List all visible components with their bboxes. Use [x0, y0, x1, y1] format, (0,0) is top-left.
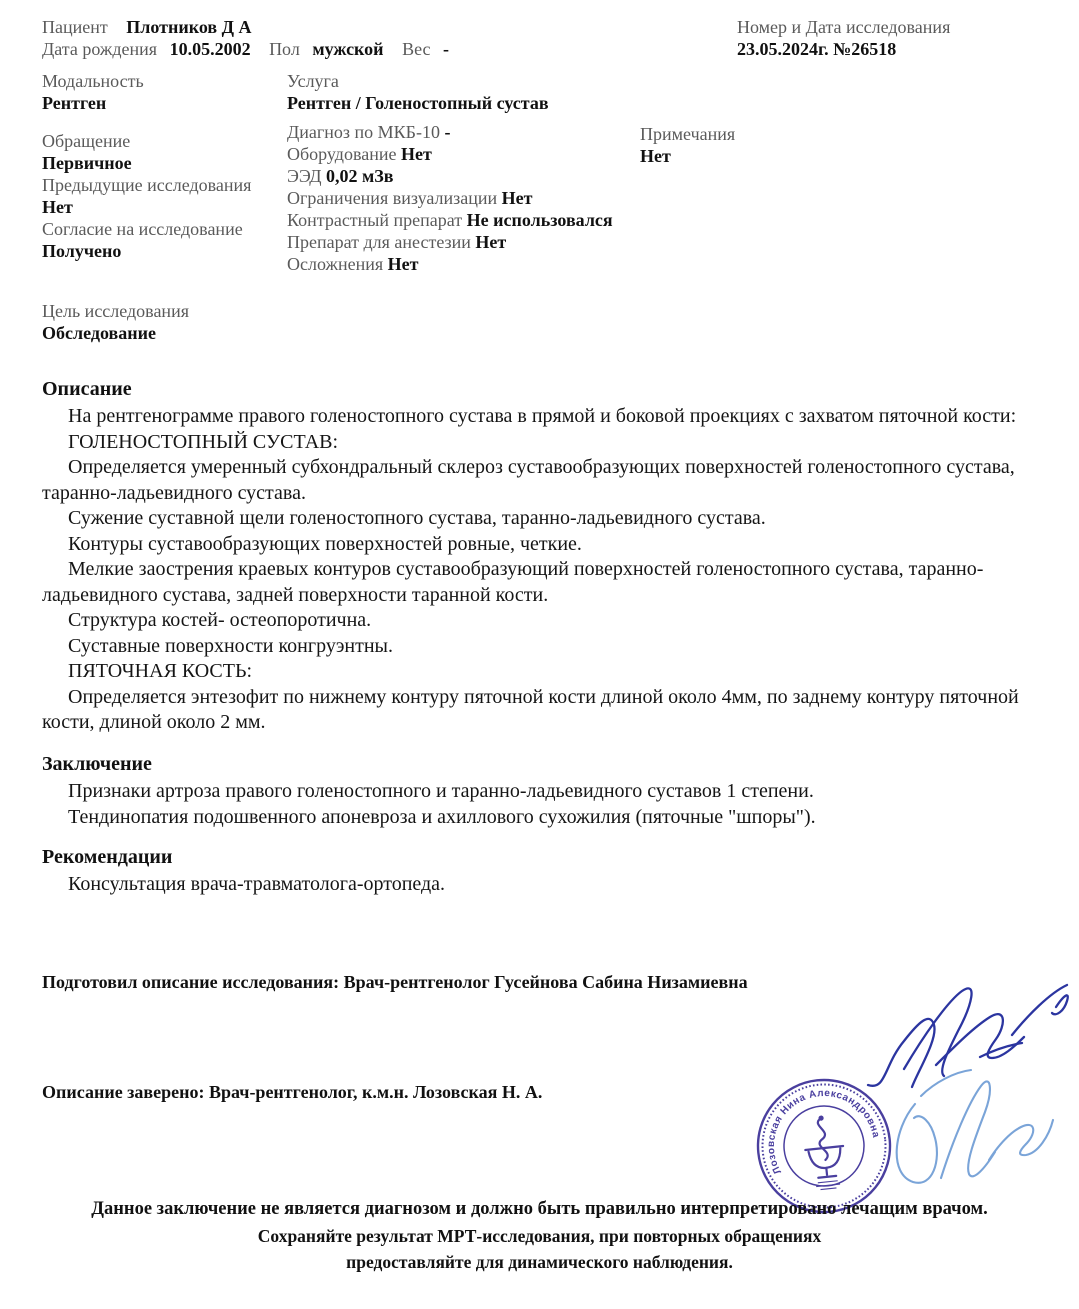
service-value: Рентген / Голеностопный сустав: [287, 92, 549, 114]
complications-value: Нет: [388, 254, 419, 274]
visualization-limits-line: Ограничения визуализации Нет: [287, 187, 637, 209]
contrast-value: Не использовался: [467, 210, 613, 230]
disclaimer-line: предоставляйте для динамического наблюде…: [0, 1249, 1079, 1275]
study-number-value: 23.05.2024г. №26518: [737, 38, 950, 60]
description-paragraph: На рентгенограмме правого голеностопного…: [42, 404, 1038, 430]
modality-value: Рентген: [42, 92, 144, 114]
weight-label: Вес: [402, 39, 430, 59]
disclaimer-line: Данное заключение не является диагнозом …: [0, 1196, 1079, 1223]
visualization-limits-label: Ограничения визуализации: [287, 188, 497, 208]
dose-value: 0,02 мЗв: [326, 166, 393, 186]
description-heading: Описание: [42, 377, 1038, 402]
birth-date-value: 10.05.2002: [170, 39, 251, 59]
equipment-label: Оборудование: [287, 144, 396, 164]
description-paragraph: Определяется энтезофит по нижнему контур…: [42, 685, 1038, 736]
purpose-block: Цель исследования Обследование: [42, 300, 189, 344]
notes-block: Примечания Нет: [640, 123, 735, 167]
recommendations-paragraph: Консультация врача-травматолога-ортопеда…: [42, 872, 1038, 898]
prepared-by-line: Подготовил описание исследования: Врач-р…: [42, 972, 748, 993]
modality-label: Модальность: [42, 70, 144, 92]
purpose-label: Цель исследования: [42, 300, 189, 322]
sex-label: Пол: [269, 39, 300, 59]
anesthesia-label: Препарат для анестезии: [287, 232, 471, 252]
conclusion-heading: Заключение: [42, 752, 1038, 777]
contrast-line: Контрастный препарат Не использовался: [287, 209, 637, 231]
visualization-limits-value: Нет: [502, 188, 533, 208]
description-paragraph: Суставные поверхности конгруэнтны.: [42, 634, 1038, 660]
sex-value: мужской: [312, 39, 383, 59]
bowl-of-hygieia-icon: [802, 1114, 846, 1179]
description-paragraph: Мелкие заострения краевых контуров суста…: [42, 557, 1038, 608]
consent-label: Согласие на исследование: [42, 218, 287, 240]
conclusion-paragraph: Признаки артроза правого голеностопного …: [42, 779, 1038, 805]
birth-date-label: Дата рождения: [42, 39, 157, 59]
previous-studies-value: Нет: [42, 196, 287, 218]
icd-label: Диагноз по МКБ-10: [287, 122, 440, 142]
study-number-header: Номер и Дата исследования 23.05.2024г. №…: [737, 16, 950, 60]
modality-block: Модальность Рентген: [42, 70, 144, 114]
description-paragraph: ПЯТОЧНАЯ КОСТЬ:: [42, 659, 1038, 685]
anesthesia-value: Нет: [475, 232, 506, 252]
description-section: Описание На рентгенограмме правого голен…: [42, 377, 1038, 736]
recommendations-section: Рекомендации Консультация врача-травмато…: [42, 845, 1038, 898]
conclusion-paragraph: Тендинопатия подошвенного апоневроза и а…: [42, 805, 1038, 831]
description-paragraph: ГОЛЕНОСТОПНЫЙ СУСТАВ:: [42, 430, 1038, 456]
details-middle-column: Диагноз по МКБ-10 - Оборудование Нет ЭЭД…: [287, 121, 637, 275]
service-block: Услуга Рентген / Голеностопный сустав: [287, 70, 549, 114]
radiology-report-page: Пациент Плотников Д А Дата рождения 10.0…: [0, 0, 1079, 1309]
dose-line: ЭЭД 0,02 мЗв: [287, 165, 637, 187]
patient-name: Плотников Д А: [126, 17, 251, 37]
study-number-label: Номер и Дата исследования: [737, 16, 950, 38]
notes-value: Нет: [640, 145, 735, 167]
disclaimer-line: Сохраняйте результат МРТ-исследования, п…: [0, 1223, 1079, 1249]
patient-label: Пациент: [42, 17, 108, 37]
description-paragraph: Определяется умеренный субхондральный ск…: [42, 455, 1038, 506]
notes-label: Примечания: [640, 123, 735, 145]
previous-studies-label: Предыдущие исследования: [42, 174, 287, 196]
description-paragraph: Структура костей- остеопоротична.: [42, 608, 1038, 634]
icd-value: -: [445, 122, 451, 142]
doctor-signature-verified: [885, 1066, 1060, 1198]
contrast-label: Контрастный препарат: [287, 210, 462, 230]
description-paragraph: Сужение суставной щели голеностопного су…: [42, 506, 1038, 532]
complications-line: Осложнения Нет: [287, 253, 637, 275]
complications-label: Осложнения: [287, 254, 383, 274]
patient-row: Пациент Плотников Д А: [42, 16, 449, 38]
dose-label: ЭЭД: [287, 166, 322, 186]
patient-header: Пациент Плотников Д А Дата рождения 10.0…: [42, 16, 449, 60]
anesthesia-line: Препарат для анестезии Нет: [287, 231, 637, 253]
description-paragraph: Контуры суставообразующих поверхностей р…: [42, 532, 1038, 558]
referral-label: Обращение: [42, 130, 287, 152]
equipment-value: Нет: [401, 144, 432, 164]
referral-value: Первичное: [42, 152, 287, 174]
icd-line: Диагноз по МКБ-10 -: [287, 121, 637, 143]
consent-value: Получено: [42, 240, 287, 262]
birth-sex-weight-row: Дата рождения 10.05.2002 Пол мужской Вес…: [42, 38, 449, 60]
conclusion-section: Заключение Признаки артроза правого голе…: [42, 752, 1038, 830]
equipment-line: Оборудование Нет: [287, 143, 637, 165]
service-label: Услуга: [287, 70, 549, 92]
footer-disclaimer: Данное заключение не является диагнозом …: [0, 1196, 1079, 1275]
details-left-column: Обращение Первичное Предыдущие исследова…: [42, 130, 287, 262]
recommendations-heading: Рекомендации: [42, 845, 1038, 870]
weight-value: -: [443, 39, 449, 59]
verified-by-line: Описание заверено: Врач-рентгенолог, к.м…: [42, 1082, 542, 1103]
purpose-value: Обследование: [42, 322, 189, 344]
